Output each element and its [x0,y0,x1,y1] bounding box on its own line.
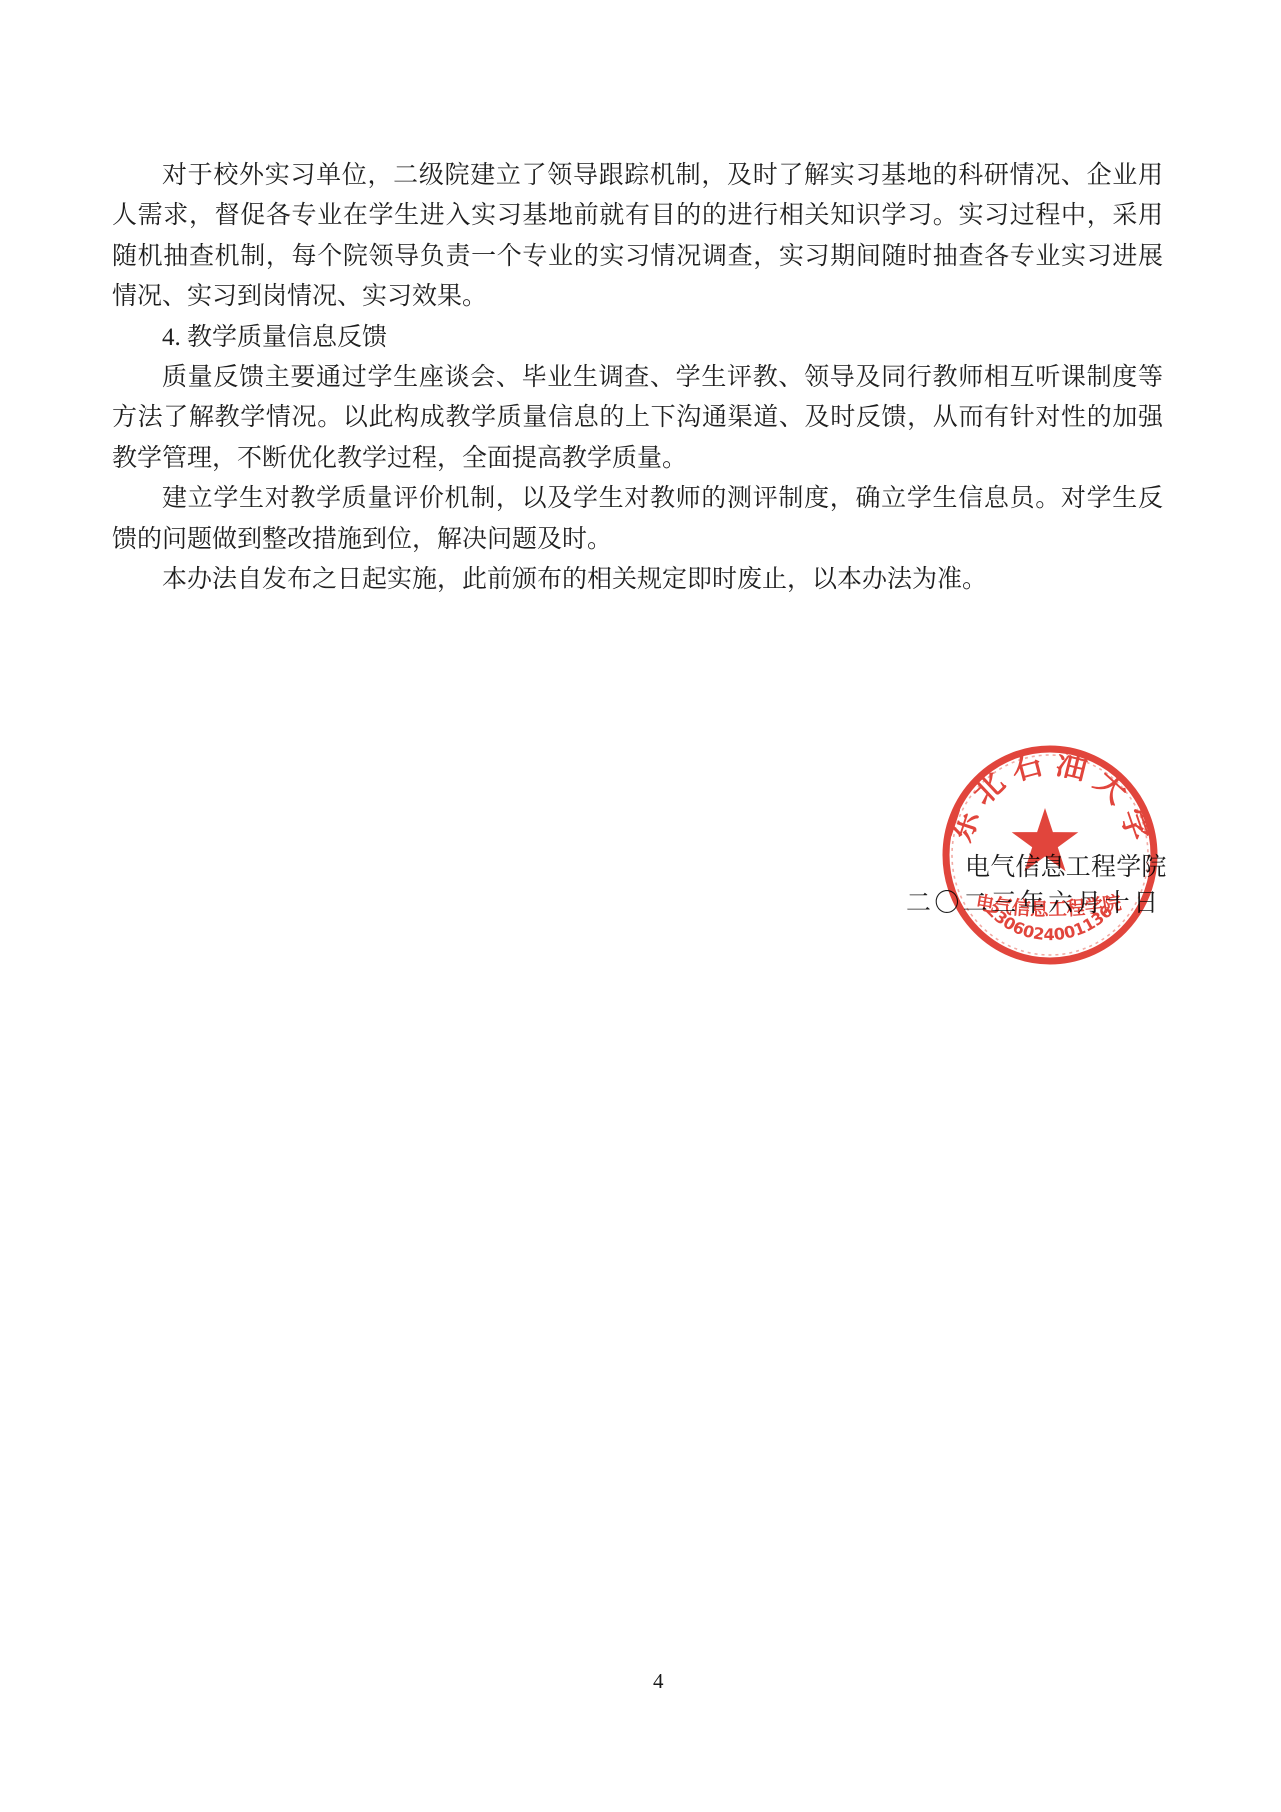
page-number: 4 [653,1669,664,1694]
text-line: 质量反馈主要通过学生座谈会、毕业生调查、学生评教、领导及同行教师相互听课制度等 [112,358,1163,398]
seal-star-icon [1012,808,1079,871]
text-line: 方法了解教学情况。以此构成教学质量信息的上下沟通渠道、及时反馈，从而有针对性的加… [112,398,1163,438]
text-line: 本办法自发布之日起实施，此前颁布的相关规定即时废止，以本办法为准。 [112,560,1163,600]
text-line: 馈的问题做到整改措施到位，解决问题及时。 [112,520,1163,560]
text-line: 建立学生对教学质量评价机制，以及学生对教师的测评制度，确立学生信息员。对学生反 [112,479,1163,519]
official-seal: 东北石油大学 电气信息工程学院 2306024001136 [941,743,1161,969]
text-line: 对于校外实习单位，二级院建立了领导跟踪机制，及时了解实习基地的科研情况、企业用 [112,156,1163,196]
document-page: 对于校外实习单位，二级院建立了领导跟踪机制，及时了解实习基地的科研情况、企业用 … [0,0,1281,1812]
body-text: 对于校外实习单位，二级院建立了领导跟踪机制，及时了解实习基地的科研情况、企业用 … [112,156,1163,600]
text-line: 人需求，督促各专业在学生进入实习基地前就有目的的进行相关知识学习。实习过程中，采… [112,196,1163,236]
text-line: 随机抽查机制，每个院领导负责一个专业的实习情况调查，实习期间随时抽查各专业实习进… [112,237,1163,277]
section-heading: 4. 教学质量信息反馈 [112,318,1163,358]
text-line: 情况、实习到岗情况、实习效果。 [112,277,1163,317]
text-line: 教学管理，不断优化教学过程，全面提高教学质量。 [112,439,1163,479]
